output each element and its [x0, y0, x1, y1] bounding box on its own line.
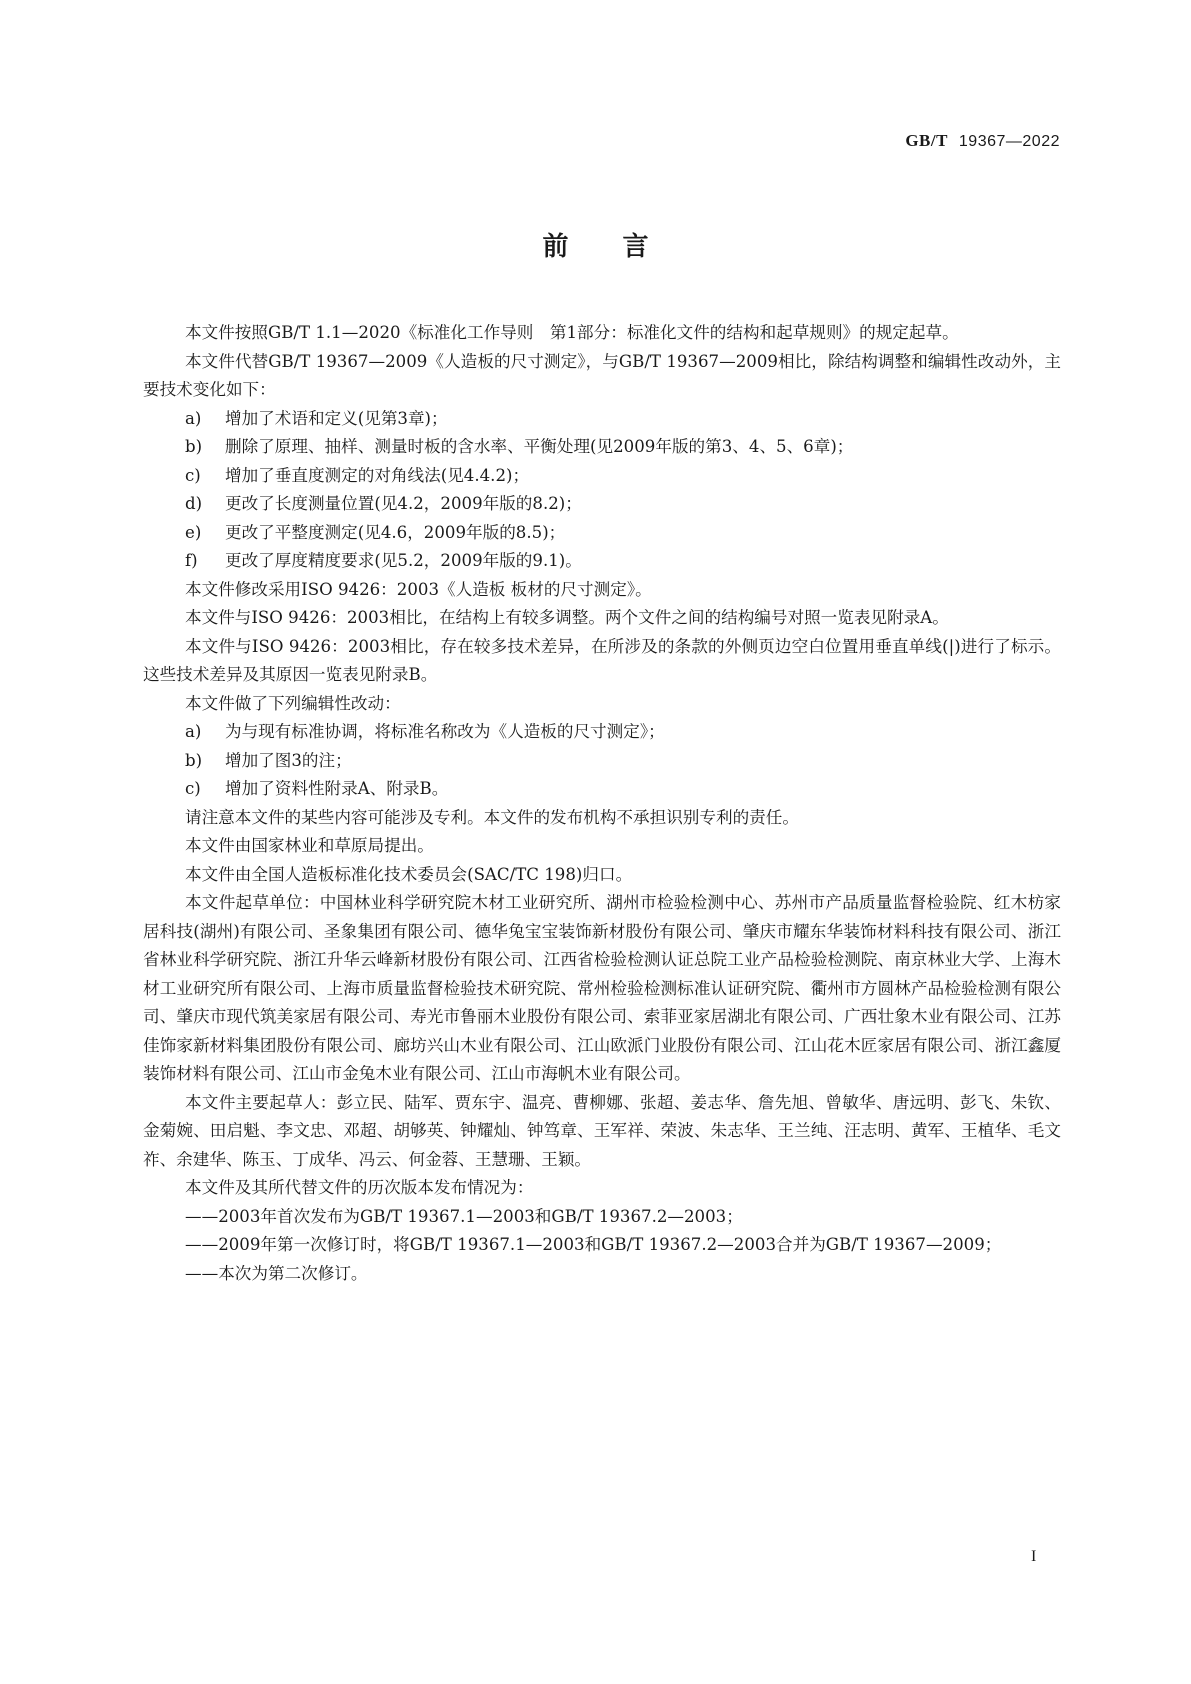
history-item: ——2009年第一次修订时，将GB/T 19367.1—2003和GB/T 19…: [143, 1231, 1061, 1260]
paragraph-replaces: 本文件代替GB/T 19367—2009《人造板的尺寸测定》，与GB/T 193…: [143, 348, 1061, 405]
paragraph-structure-diff: 本文件与ISO 9426：2003相比，在结构上有较多调整。两个文件之间的结构编…: [143, 604, 1061, 633]
list-label: b): [185, 747, 225, 776]
paragraph-committee: 本文件由全国人造板标准化技术委员会(SAC/TC 198)归口。: [143, 861, 1061, 890]
history-item: ——本次为第二次修订。: [143, 1260, 1061, 1289]
paragraph-history-intro: 本文件及其所代替文件的历次版本发布情况为：: [143, 1174, 1061, 1203]
paragraph-patent-notice: 请注意本文件的某些内容可能涉及专利。本文件的发布机构不承担识别专利的责任。: [143, 804, 1061, 833]
standard-number: 19367—2022: [959, 133, 1060, 150]
list-item: d)更改了长度测量位置(见4.2，2009年版的8.2)；: [143, 490, 1061, 519]
list-item: f)更改了厚度精度要求(见5.2，2009年版的9.1)。: [143, 547, 1061, 576]
list-item: a)为与现有标准协调，将标准名称改为《人造板的尺寸测定》；: [143, 718, 1061, 747]
list-label: c): [185, 775, 225, 804]
version-history-list: ——2003年首次发布为GB/T 19367.1—2003和GB/T 19367…: [143, 1203, 1061, 1289]
list-item: a)增加了术语和定义(见第3章)；: [143, 405, 1061, 434]
list-text: 增加了图3的注；: [225, 751, 352, 770]
paragraph-proposed-by: 本文件由国家林业和草原局提出。: [143, 832, 1061, 861]
standard-code-header: GB/T 19367—2022: [905, 131, 1060, 151]
list-label: e): [185, 519, 225, 548]
paragraph-drafting-rules: 本文件按照GB/T 1.1—2020《标准化工作导则 第1部分：标准化文件的结构…: [143, 319, 1061, 348]
list-text: 更改了长度测量位置(见4.2，2009年版的8.2)；: [225, 494, 582, 513]
list-item: b)增加了图3的注；: [143, 747, 1061, 776]
list-text: 为与现有标准协调，将标准名称改为《人造板的尺寸测定》；: [225, 722, 665, 741]
list-item: c)增加了垂直度测定的对角线法(见4.4.2)；: [143, 462, 1061, 491]
paragraph-technical-diff: 本文件与ISO 9426：2003相比，存在较多技术差异，在所涉及的条款的外侧页…: [143, 633, 1061, 690]
list-text: 更改了厚度精度要求(见5.2，2009年版的9.1)。: [225, 551, 582, 570]
list-label: f): [185, 547, 225, 576]
paragraph-drafters: 本文件主要起草人：彭立民、陆军、贾东宇、温亮、曹柳娜、张超、姜志华、詹先旭、曾敏…: [143, 1089, 1061, 1175]
foreword-body: 本文件按照GB/T 1.1—2020《标准化工作导则 第1部分：标准化文件的结构…: [143, 319, 1061, 1288]
list-text: 更改了平整度测定(见4.6，2009年版的8.5)；: [225, 523, 565, 542]
history-item: ——2003年首次发布为GB/T 19367.1—2003和GB/T 19367…: [143, 1203, 1061, 1232]
list-text: 增加了资料性附录A、附录B。: [225, 779, 448, 798]
paragraph-drafting-units: 本文件起草单位：中国林业科学研究院木材工业研究所、湖州市检验检测中心、苏州市产品…: [143, 889, 1061, 1089]
page-number: I: [1031, 1548, 1036, 1566]
editorial-changes-list: a)为与现有标准协调，将标准名称改为《人造板的尺寸测定》； b)增加了图3的注；…: [143, 718, 1061, 804]
list-text: 增加了术语和定义(见第3章)；: [225, 409, 448, 428]
standard-prefix: GB/T: [905, 131, 948, 150]
paragraph-editorial-intro: 本文件做了下列编辑性改动：: [143, 690, 1061, 719]
list-label: b): [185, 433, 225, 462]
list-label: c): [185, 462, 225, 491]
paragraph-iso-adoption: 本文件修改采用ISO 9426：2003《人造板 板材的尺寸测定》。: [143, 576, 1061, 605]
list-label: a): [185, 718, 225, 747]
list-label: a): [185, 405, 225, 434]
technical-changes-list: a)增加了术语和定义(见第3章)； b)删除了原理、抽样、测量时板的含水率、平衡…: [143, 405, 1061, 576]
list-label: d): [185, 490, 225, 519]
list-text: 删除了原理、抽样、测量时板的含水率、平衡处理(见2009年版的第3、4、5、6章…: [225, 437, 853, 456]
list-item: b)删除了原理、抽样、测量时板的含水率、平衡处理(见2009年版的第3、4、5、…: [143, 433, 1061, 462]
list-text: 增加了垂直度测定的对角线法(见4.4.2)；: [225, 466, 529, 485]
list-item: c)增加了资料性附录A、附录B。: [143, 775, 1061, 804]
list-item: e)更改了平整度测定(见4.6，2009年版的8.5)；: [143, 519, 1061, 548]
page-title: 前言: [0, 226, 1191, 263]
